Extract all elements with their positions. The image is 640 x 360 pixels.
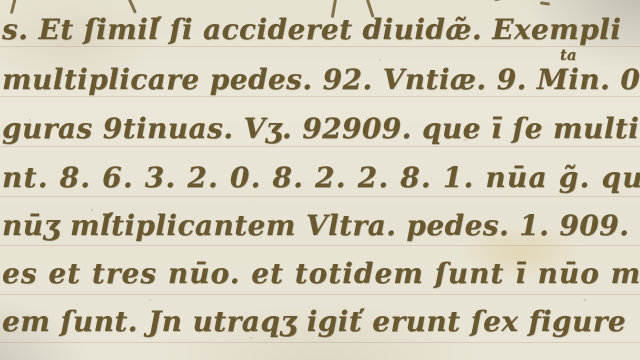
ruling-line <box>0 342 640 343</box>
cut-off-descender-stroke <box>494 0 509 1</box>
superscript-abbreviation: ta <box>560 46 577 64</box>
ruling-line <box>0 96 640 97</box>
ruling-line <box>0 294 640 295</box>
manuscript-line-7: em ſunt. Jn utraqʒ igit̕ erunt ſex figur… <box>2 308 640 336</box>
cut-off-descender-stroke <box>540 1 550 5</box>
ruling-line <box>0 196 640 197</box>
ruling-line <box>0 146 640 147</box>
manuscript-line-5: nūʒ ml̕tiplicantem Vltra. pedes. 1. 909.… <box>2 212 640 240</box>
cut-off-descender-stroke <box>126 0 137 14</box>
manuscript-line-3: guras 9tinuas. Vʒ. 92909. que ī ſe multi <box>2 115 640 143</box>
ruling-line <box>0 245 640 246</box>
manuscript-line-1: s. Et ſimil̕ ſi accideret diuidæ̃. Exemp… <box>2 16 640 44</box>
manuscript-line-2: multiplicare pedes. 92. Vntiæ. 9. Min. 0… <box>2 66 640 94</box>
manuscript-page: s. Et ſimil̕ ſi accideret diuidæ̃. Exemp… <box>0 0 640 360</box>
ruling-line <box>0 46 640 47</box>
manuscript-line-4: nt. 8. 6. 3. 2. 0. 8. 2. 2. 8. 1. nūa g̃… <box>2 164 640 192</box>
cut-off-descender-stroke <box>10 0 17 14</box>
manuscript-line-6: es et tres nūo. et totidem ſunt ī nūo mu <box>2 260 640 288</box>
